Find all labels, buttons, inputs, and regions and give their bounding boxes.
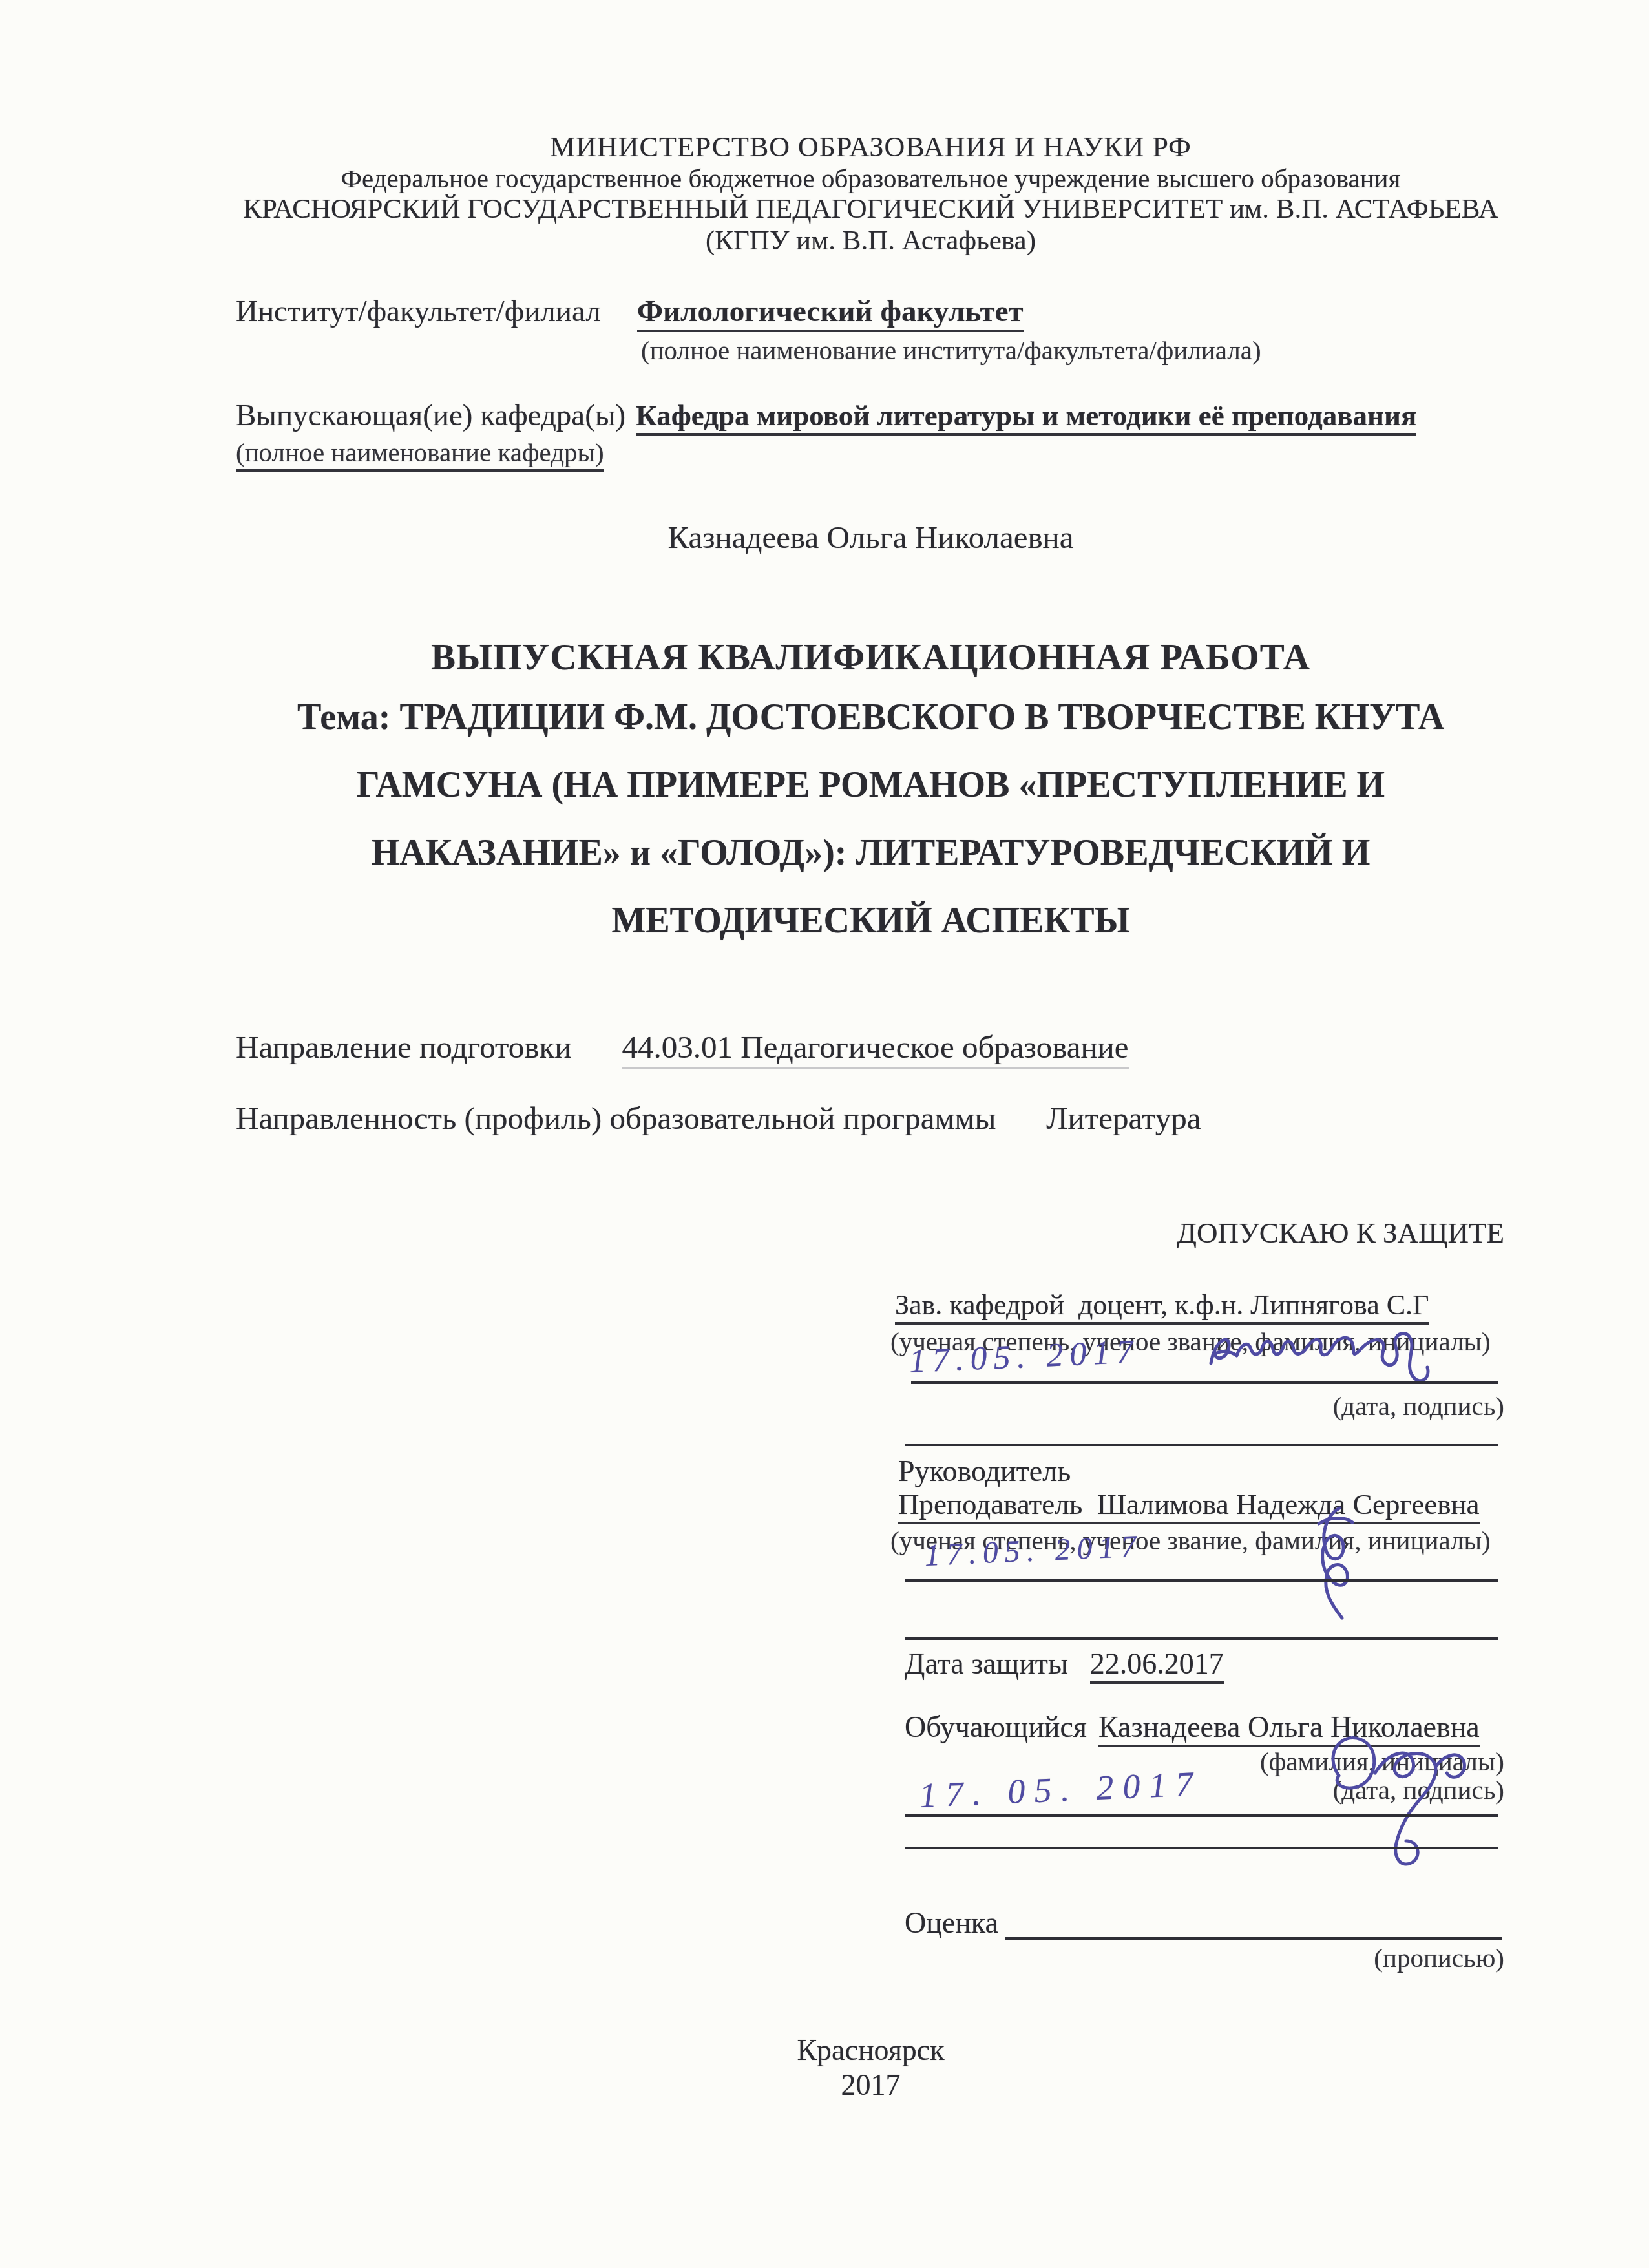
supervisor-line: Преподаватель Шалимова Надежда Сергеевна — [898, 1488, 1480, 1524]
author-name: Казнадеева Ольга Николаевна — [236, 519, 1506, 556]
institute-value: Филологический факультет — [637, 295, 1024, 332]
defense-date-label: Дата защиты — [905, 1647, 1068, 1680]
direction-row: Направление подготовки44.03.01 Педагогич… — [236, 1029, 1129, 1066]
thesis-title-page: МИНИСТЕРСТВО ОБРАЗОВАНИЯ И НАУКИ РФ Феде… — [0, 0, 1649, 2268]
profile-label: Направленность (профиль) образовательной… — [236, 1100, 996, 1136]
defense-date-row: Дата защиты22.06.2017 — [905, 1646, 1224, 1681]
grade-row: Оценка — [905, 1904, 1502, 1940]
defense-date-value: 22.06.2017 — [1090, 1647, 1224, 1684]
header-university-short: (КГПУ им. В.П. Астафьева) — [236, 225, 1506, 257]
department-label: Выпускающая(ие) кафедра(ы) — [236, 399, 625, 432]
profile-value: Литература — [1046, 1100, 1201, 1136]
department-row: Выпускающая(ие) кафедра(ы)Кафедра мирово… — [236, 398, 1416, 433]
header-university: КРАСНОЯРСКИЙ ГОСУДАРСТВЕННЫЙ ПЕДАГОГИЧЕС… — [236, 193, 1506, 225]
signature-line — [905, 1579, 1498, 1582]
department-value: Кафедра мировой литературы и методики её… — [636, 399, 1416, 436]
grade-label: Оценка — [905, 1906, 998, 1940]
grade-blank-line — [1005, 1904, 1502, 1940]
header-federal: Федеральное государственное бюджетное об… — [236, 163, 1506, 194]
thesis-title: Тема: ТРАДИЦИИ Ф.М. ДОСТОЕВСКОГО В ТВОРЧ… — [236, 684, 1506, 955]
footer-year: 2017 — [236, 2068, 1506, 2102]
department-caption: (полное наименование кафедры) — [236, 437, 604, 472]
thesis-title-line-1: Тема: ТРАДИЦИИ Ф.М. ДОСТОЕВСКОГО В ТВОРЧ… — [236, 684, 1506, 751]
direction-value: 44.03.01 Педагогическое образование — [622, 1029, 1129, 1069]
institute-caption: (полное наименование института/факультет… — [641, 335, 1261, 366]
blank-line — [905, 1847, 1498, 1849]
footer-city: Красноярск — [236, 2033, 1506, 2067]
supervisor-signature-ink — [1283, 1498, 1386, 1627]
admit-to-defense: ДОПУСКАЮ К ЗАЩИТЕ — [890, 1216, 1504, 1250]
institute-label: Институт/факультет/филиал — [236, 295, 601, 328]
student-signature-ink — [1299, 1714, 1493, 1882]
supervisor-role: Руководитель — [898, 1454, 1071, 1488]
signature-line — [911, 1381, 1498, 1384]
direction-label: Направление подготовки — [236, 1029, 572, 1065]
head-signature-ink — [1202, 1307, 1506, 1391]
blank-line — [905, 1444, 1498, 1446]
blank-line — [905, 1637, 1498, 1640]
thesis-title-line-3: НАКАЗАНИЕ» и «ГОЛОД»): ЛИТЕРАТУРОВЕДЧЕСК… — [236, 819, 1506, 887]
signature-line — [905, 1814, 1498, 1817]
head-date-caption: (дата, подпись) — [890, 1391, 1504, 1422]
header-ministry: МИНИСТЕРСТВО ОБРАЗОВАНИЯ И НАУКИ РФ — [236, 131, 1506, 163]
grade-caption: (прописью) — [890, 1942, 1504, 1973]
thesis-title-line-4: МЕТОДИЧЕСКИЙ АСПЕКТЫ — [236, 887, 1506, 955]
thesis-title-line-2: ГАМСУНА (НА ПРИМЕРЕ РОМАНОВ «ПРЕСТУПЛЕНИ… — [236, 751, 1506, 819]
work-type-title: ВЫПУСКНАЯ КВАЛИФИКАЦИОННАЯ РАБОТА — [236, 636, 1506, 678]
student-label: Обучающийся — [905, 1710, 1087, 1743]
institute-row: Институт/факультет/филиалФилологический … — [236, 294, 1024, 329]
profile-row: Направленность (профиль) образовательной… — [236, 1100, 1201, 1137]
supervisor-row: Преподаватель Шалимова Надежда Сергеевна — [898, 1487, 1480, 1521]
